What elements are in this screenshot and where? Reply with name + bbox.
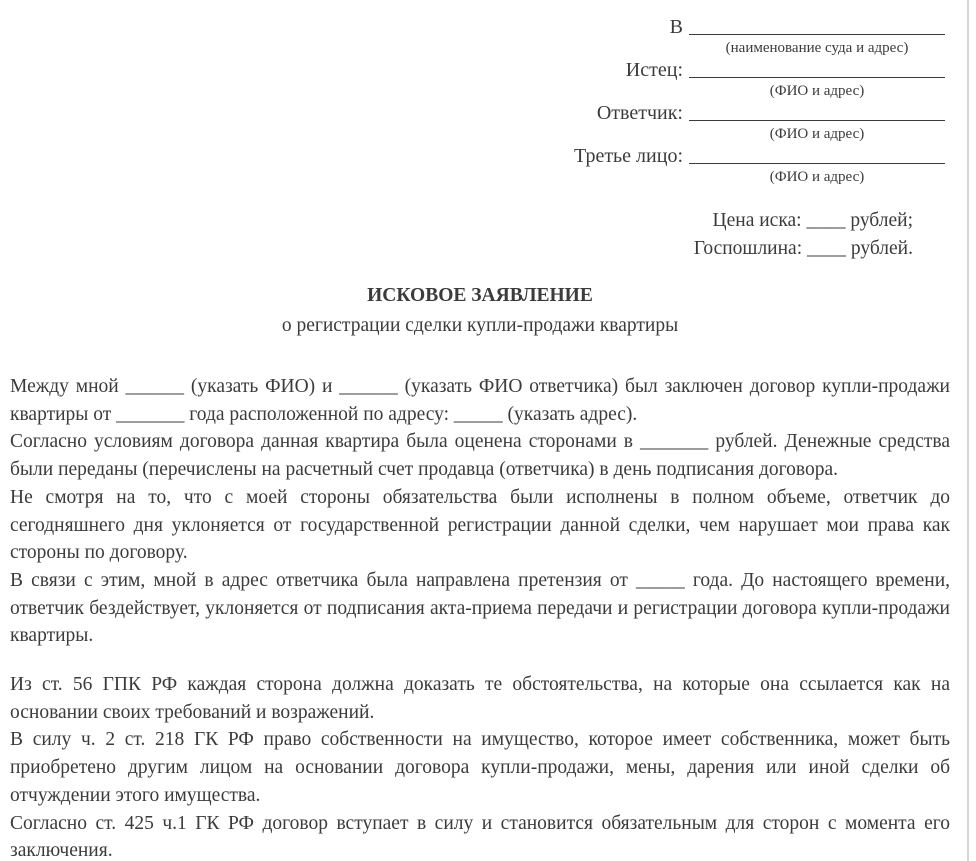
- paragraph-gpk-56: Из ст. 56 ГПК РФ каждая сторона должна д…: [10, 671, 950, 726]
- paragraph-claim-sent: В связи с этим, мной в адрес ответчика б…: [10, 567, 950, 650]
- state-duty-line: Госпошлина: ____ рублей.: [0, 235, 913, 263]
- document-subtitle: о регистрации сделки купли-продажи кварт…: [10, 313, 950, 339]
- paragraph-violation: Не смотря на то, что с моей стороны обяз…: [10, 484, 950, 567]
- plaintiff-blank-line: [689, 77, 945, 78]
- defendant-label: Ответчик:: [597, 100, 683, 126]
- third-party-label: Третье лицо:: [574, 143, 683, 169]
- defendant-blank-line: [689, 120, 945, 121]
- court-group: В (наименование суда и адрес): [0, 14, 976, 56]
- plaintiff-label: Истец:: [626, 57, 683, 83]
- paragraph-agreement: Между мной ______ (указать ФИО) и ______…: [10, 373, 950, 428]
- third-party-hint: (ФИО и адрес): [689, 169, 945, 185]
- court-hint: (наименование суда и адрес): [689, 40, 945, 56]
- defendant-hint: (ФИО и адрес): [689, 126, 945, 142]
- defendant-row: Ответчик:: [0, 100, 976, 126]
- court-label: В: [670, 14, 683, 40]
- page-right-edge: [967, 0, 969, 861]
- third-party-group: Третье лицо: (ФИО и адрес): [0, 143, 976, 185]
- plaintiff-hint: (ФИО и адрес): [689, 83, 945, 99]
- document-title: ИСКОВОЕ ЗАЯВЛЕНИЕ: [10, 283, 950, 309]
- paragraph-price-terms: Согласно условиям договора данная кварти…: [10, 428, 950, 483]
- document-page: В (наименование суда и адрес) Истец: (ФИ…: [0, 0, 976, 861]
- claim-price-line: Цена иска: ____ рублей;: [0, 207, 913, 235]
- defendant-group: Ответчик: (ФИО и адрес): [0, 100, 976, 142]
- paragraph-gk-218: В силу ч. 2 ст. 218 ГК РФ право собствен…: [10, 726, 950, 809]
- document-body: Между мной ______ (указать ФИО) и ______…: [10, 373, 950, 861]
- plaintiff-group: Истец: (ФИО и адрес): [0, 57, 976, 99]
- plaintiff-row: Истец:: [0, 57, 976, 83]
- paragraph-gk-425: Согласно ст. 425 ч.1 ГК РФ договор вступ…: [10, 810, 950, 861]
- third-party-blank-line: [689, 163, 945, 164]
- fees-block: Цена иска: ____ рублей; Госпошлина: ____…: [0, 207, 976, 263]
- court-header-block: В (наименование суда и адрес) Истец: (ФИ…: [0, 0, 976, 185]
- court-row: В: [0, 14, 976, 40]
- court-name-blank-line: [689, 34, 945, 35]
- paragraph-gap: [10, 650, 950, 671]
- third-party-row: Третье лицо:: [0, 143, 976, 169]
